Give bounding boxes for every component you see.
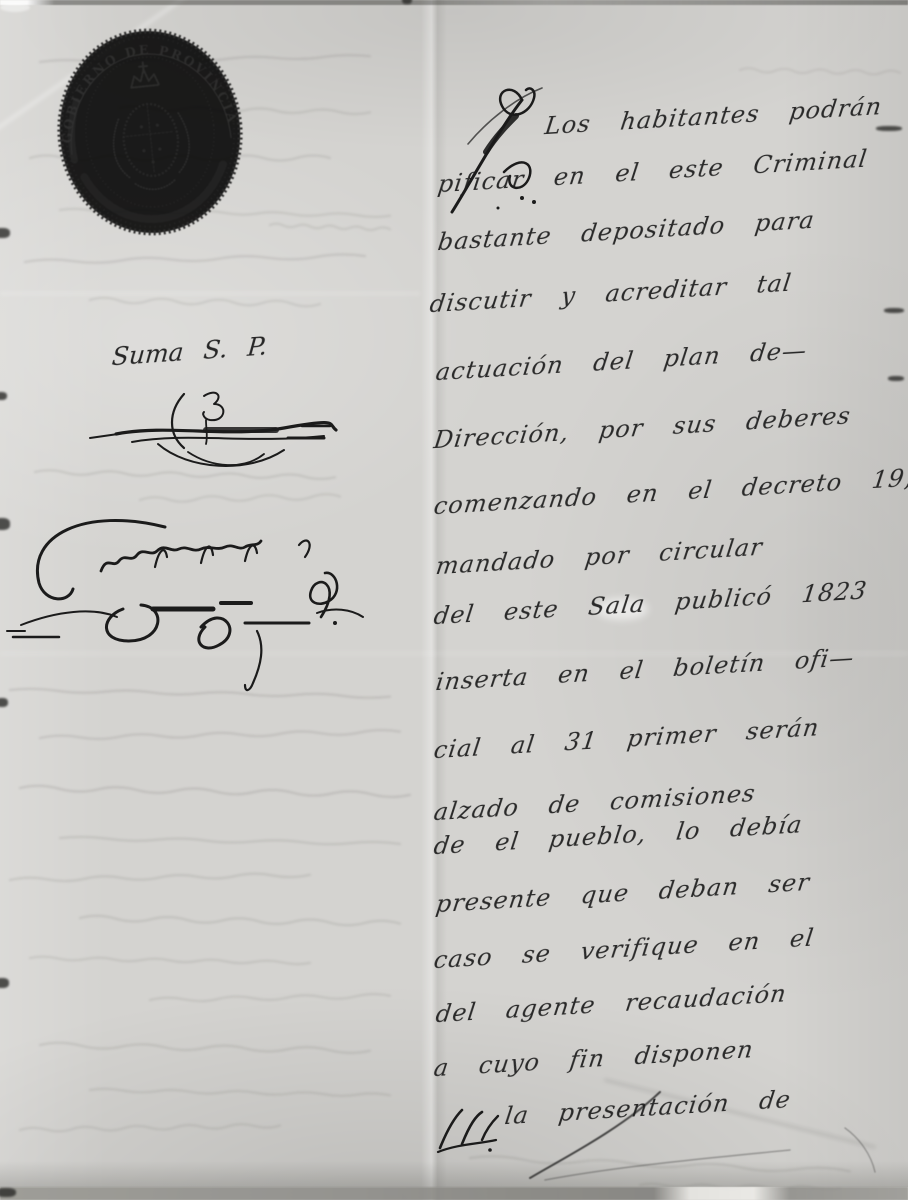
ink-edge-mark xyxy=(876,126,902,131)
scanned-letter-page: GOBIERNO DE PROVINCIA Suma S. P. xyxy=(0,0,908,1200)
ink-edge-mark xyxy=(0,1188,16,1197)
scan-edge-bottom xyxy=(0,1187,908,1200)
ink-edge-mark xyxy=(0,978,9,988)
ink-edge-mark xyxy=(888,376,904,381)
ink-edge-mark xyxy=(0,698,8,707)
scan-edge-shadow xyxy=(0,1161,908,1187)
ink-edge-mark xyxy=(0,228,10,238)
ink-edge-mark xyxy=(884,308,904,313)
ink-edge-mark xyxy=(0,392,7,400)
ink-edge-mark xyxy=(0,518,10,530)
